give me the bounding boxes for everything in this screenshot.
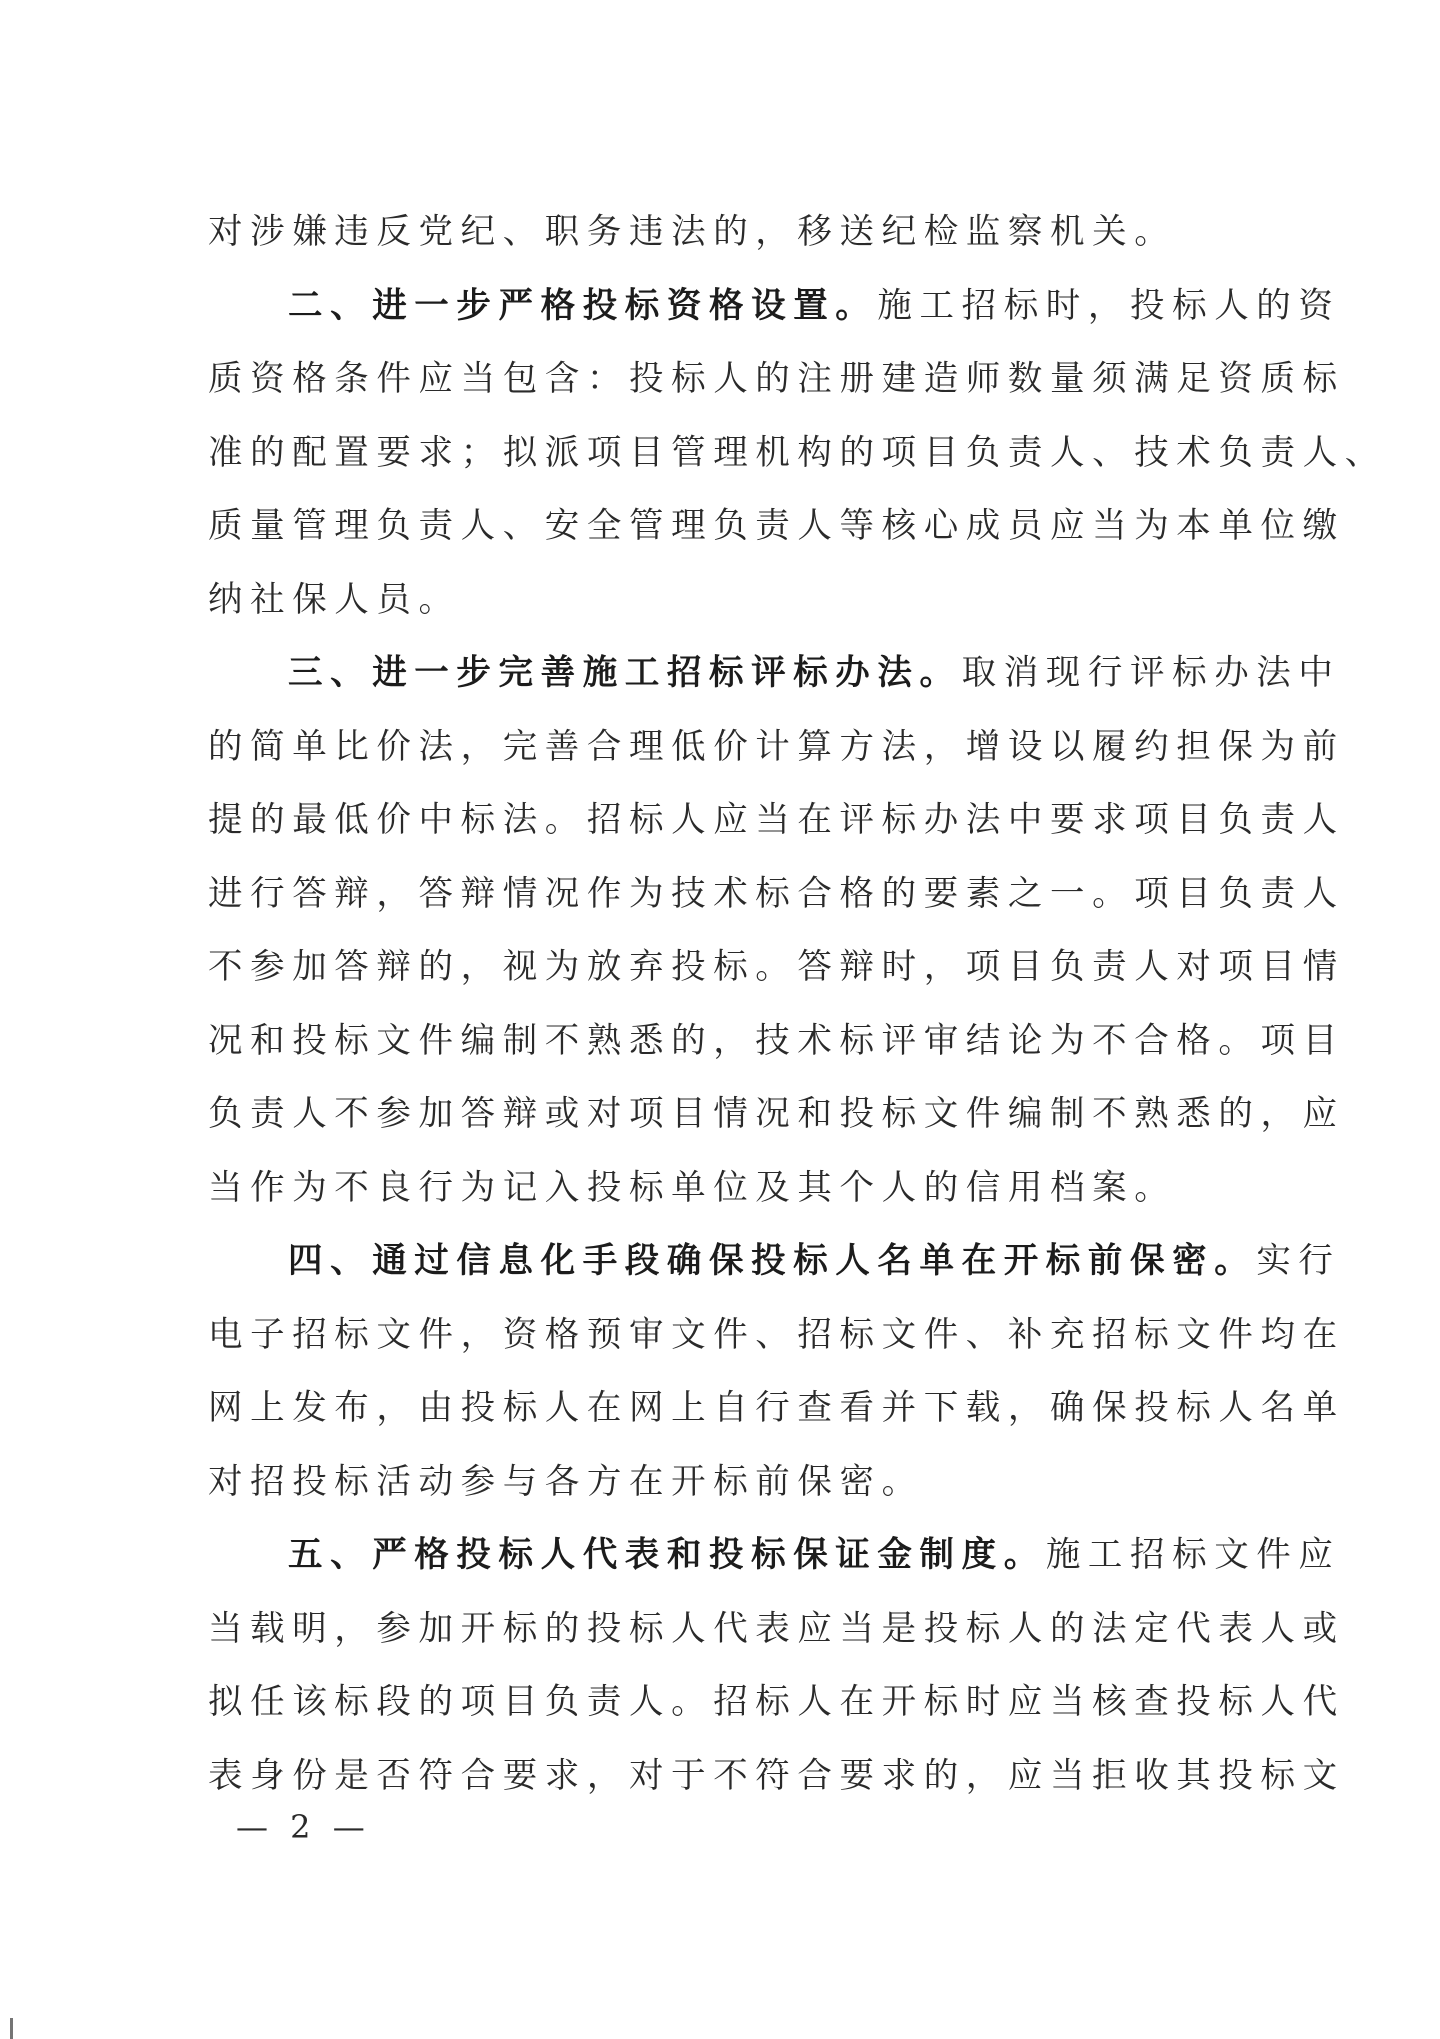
line-text: 负责人不参加答辩或对项目情况和投标文件编制不熟悉的，应 <box>208 1094 1345 1134</box>
line-text: 的简单比价法，完善合理低价计算方法，增设以履约担保为前 <box>208 727 1345 767</box>
line-text: 取消现行评标办法中 <box>962 653 1341 693</box>
section-heading-5: 五、严格投标人代表和投标保证金制度。 <box>288 1535 1046 1575</box>
text-line: 电子招标文件，资格预审文件、招标文件、补充招标文件均在 <box>208 1299 1244 1373</box>
section-heading-line: 三、进一步完善施工招标评标办法。取消现行评标办法中 <box>208 637 1244 711</box>
text-line: 当载明，参加开标的投标人代表应当是投标人的法定代表人或 <box>208 1593 1244 1667</box>
section-heading-line: 五、严格投标人代表和投标保证金制度。施工招标文件应 <box>208 1519 1244 1593</box>
text-line: 不参加答辩的，视为放弃投标。答辩时，项目负责人对项目情 <box>208 931 1244 1005</box>
text-line: 进行答辩，答辩情况作为技术标合格的要素之一。项目负责人 <box>208 858 1244 932</box>
section-heading-4: 四、通过信息化手段确保投标人名单在开标前保密。 <box>288 1241 1256 1281</box>
line-text: 电子招标文件，资格预审文件、招标文件、补充招标文件均在 <box>208 1315 1345 1355</box>
line-text: 施工招标文件应 <box>1046 1535 1341 1575</box>
line-text: 施工招标时，投标人的资 <box>877 286 1340 326</box>
line-text: 拟任该标段的项目负责人。招标人在开标时应当核查投标人代 <box>208 1682 1345 1722</box>
text-line: 网上发布，由投标人在网上自行查看并下载，确保投标人名单 <box>208 1372 1244 1446</box>
scan-artifact-mark <box>10 2018 13 2039</box>
text-line: 负责人不参加答辩或对项目情况和投标文件编制不熟悉的，应 <box>208 1078 1244 1152</box>
line-text: 表身份是否符合要求，对于不符合要求的，应当拒收其投标文 <box>208 1756 1345 1796</box>
section-heading-2: 二、进一步严格投标资格设置。 <box>288 286 877 326</box>
line-text: 准的配置要求；拟派项目管理机构的项目负责人、技术负责人、 <box>208 433 1387 473</box>
text-line: 拟任该标段的项目负责人。招标人在开标时应当核查投标人代 <box>208 1666 1244 1740</box>
text-line: 质量管理负责人、安全管理负责人等核心成员应当为本单位缴 <box>208 490 1244 564</box>
text-line: 提的最低价中标法。招标人应当在评标办法中要求项目负责人 <box>208 784 1244 858</box>
line-text: 对招投标活动参与各方在开标前保密。 <box>208 1462 924 1502</box>
text-line: 的简单比价法，完善合理低价计算方法，增设以履约担保为前 <box>208 711 1244 785</box>
section-heading-3: 三、进一步完善施工招标评标办法。 <box>288 653 962 693</box>
line-text: 当载明，参加开标的投标人代表应当是投标人的法定代表人或 <box>208 1609 1345 1649</box>
section-heading-line: 四、通过信息化手段确保投标人名单在开标前保密。实行 <box>208 1225 1244 1299</box>
text-line: 质资格条件应当包含：投标人的注册建造师数量须满足资质标 <box>208 343 1244 417</box>
line-text: 不参加答辩的，视为放弃投标。答辩时，项目负责人对项目情 <box>208 947 1345 987</box>
line-text: 况和投标文件编制不熟悉的，技术标评审结论为不合格。项目 <box>208 1021 1345 1061</box>
line-text: 进行答辩，答辩情况作为技术标合格的要素之一。项目负责人 <box>208 874 1345 914</box>
line-text: 网上发布，由投标人在网上自行查看并下载，确保投标人名单 <box>208 1388 1345 1428</box>
section-heading-line: 二、进一步严格投标资格设置。施工招标时，投标人的资 <box>208 270 1244 344</box>
document-page: 对涉嫌违反党纪、职务违法的，移送纪检监察机关。 二、进一步严格投标资格设置。施工… <box>208 196 1244 1813</box>
line-text: 提的最低价中标法。招标人应当在评标办法中要求项目负责人 <box>208 800 1345 840</box>
text-line: 表身份是否符合要求，对于不符合要求的，应当拒收其投标文 <box>208 1740 1244 1814</box>
line-text: 质资格条件应当包含：投标人的注册建造师数量须满足资质标 <box>208 359 1345 399</box>
text-line: 纳社保人员。 <box>208 564 1244 638</box>
line-text: 纳社保人员。 <box>208 580 461 620</box>
line-text: 当作为不良行为记入投标单位及其个人的信用档案。 <box>208 1168 1176 1208</box>
line-text: 实行 <box>1256 1241 1340 1281</box>
text-line: 对涉嫌违反党纪、职务违法的，移送纪检监察机关。 <box>208 196 1244 270</box>
page-number: — 2 — <box>236 1808 371 1846</box>
text-line: 对招投标活动参与各方在开标前保密。 <box>208 1446 1244 1520</box>
text-line: 况和投标文件编制不熟悉的，技术标评审结论为不合格。项目 <box>208 1005 1244 1079</box>
text-line: 当作为不良行为记入投标单位及其个人的信用档案。 <box>208 1152 1244 1226</box>
line-text: 对涉嫌违反党纪、职务违法的，移送纪检监察机关。 <box>208 212 1176 252</box>
line-text: 质量管理负责人、安全管理负责人等核心成员应当为本单位缴 <box>208 506 1345 546</box>
text-line: 准的配置要求；拟派项目管理机构的项目负责人、技术负责人、 <box>208 417 1244 491</box>
